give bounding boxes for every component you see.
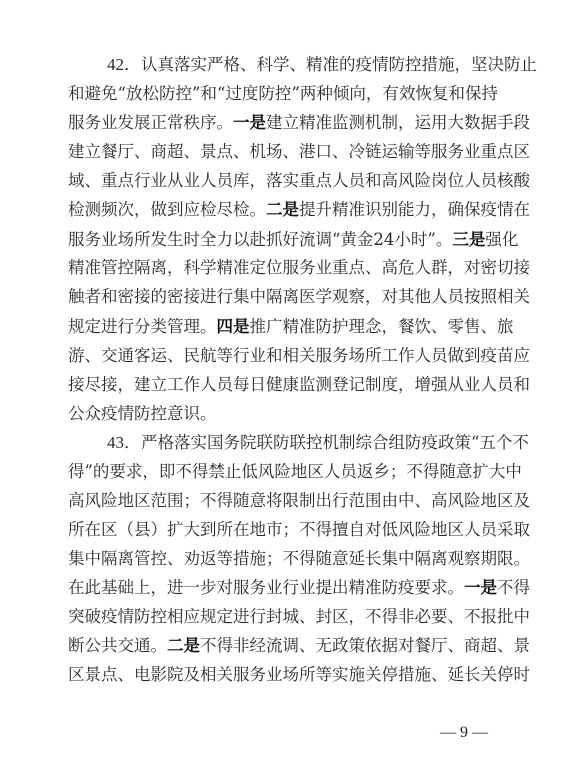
text-segment: 认真落实严格、科学、精准的疫情防控措施，坚决防止 [141, 55, 537, 74]
text-segment: 接尽接，建立工作人员每日健康监测登记制度，增强从业人员和 [68, 375, 530, 394]
paragraph-42-line: 游、交通客运、民航等行业和相关服务场所工作人员做到疫苗应 [68, 341, 498, 370]
text-segment: 推广精准防护理念，餐饮、零售、旅 [250, 317, 514, 336]
paragraph-43-line: 所在区（县）扩大到所在地市；不得擅自对低风险地区人员采取 [68, 515, 498, 544]
item-number: 42． [107, 55, 141, 74]
text-segment: 触者和密接的密接进行集中隔离医学观察，对其他人员按照相关 [68, 287, 530, 306]
text-segment: 域、重点行业从业人员库，落实重点人员和高风险岗位人员核酸 [68, 171, 530, 190]
text-segment: 不得 [497, 578, 530, 597]
text-segment: 精准管控隔离，科学精准定位服务业重点、高危人群，对密切接 [68, 258, 530, 277]
item-number: 43． [107, 433, 141, 452]
paragraph-43-line: 集中隔离管控、劝返等措施；不得随意延长集中隔离观察期限。 [68, 544, 498, 573]
paragraph-43-line: 43．严格落实国务院联防联控机制综合组防疫政策“五个不 [107, 428, 498, 457]
text-segment: 得”的要求，即不得禁止低风险地区人员返乡；不得随意扩大中 [68, 462, 522, 481]
text-segment: 规定进行分类管理。 [68, 317, 217, 336]
paragraph-43-line: 突破疫情防控相应规定进行封城、封区，不得非必要、不报批中 [68, 602, 498, 631]
paragraph-42-line: 建立餐厅、商超、景点、机场、港口、冷链运输等服务业重点区 [68, 137, 498, 166]
bold-lead: 四是 [217, 317, 250, 336]
paragraph-43-line: 得”的要求，即不得禁止低风险地区人员返乡；不得随意扩大中 [68, 457, 498, 486]
bold-lead: 二是 [167, 636, 200, 655]
text-segment: 严格落实国务院联防联控机制综合组防疫政策“五个不 [141, 433, 529, 452]
paragraph-42-line: 服务业发展正常秩序。一是建立精准监测机制，运用大数据手段 [68, 108, 498, 137]
text-segment: 集中隔离管控、劝返等措施；不得随意延长集中隔离观察期限。 [68, 549, 530, 568]
bold-lead: 一是 [464, 578, 497, 597]
page-number: — 9 — [440, 720, 488, 746]
document-page: 42．认真落实严格、科学、精准的疫情防控措施，坚决防止和避免“放松防控”和“过度… [0, 0, 575, 780]
paragraph-42-line: 接尽接，建立工作人员每日健康监测登记制度，增强从业人员和 [68, 370, 498, 399]
text-segment: 高风险地区范围；不得随意将限制出行范围由中、高风险地区及 [68, 491, 530, 510]
text-segment: 在此基础上，进一步对服务业行业提出精准防疫要求。 [68, 578, 464, 597]
text-segment: 所在区（县）扩大到所在地市；不得擅自对低风险地区人员采取 [68, 520, 530, 539]
text-segment: 公众疫情防控意识。 [68, 404, 217, 423]
paragraph-42-line: 和避免“放松防控”和“过度防控”两种倾向，有效恢复和保持 [68, 79, 498, 108]
text-segment: 服务业场所发生时全力以赴抓好流调“黄金24小时”。 [68, 230, 452, 249]
text-segment: 检测频次，做到应检尽检。 [68, 200, 266, 219]
text-segment: 建立精准监测机制，运用大数据手段 [266, 113, 530, 132]
paragraph-43-line: 区景点、电影院及相关服务业场所等实施关停措施、延长关停时 [68, 660, 498, 689]
paragraph-43-line: 断公共交通。二是不得非经流调、无政策依据对餐厅、商超、景 [68, 631, 498, 660]
text-segment: 强化 [485, 230, 518, 249]
paragraph-42-line: 规定进行分类管理。四是推广精准防护理念，餐饮、零售、旅 [68, 312, 498, 341]
text-segment: 和避免“放松防控”和“过度防控”两种倾向，有效恢复和保持 [68, 84, 498, 103]
paragraph-42-line: 检测频次，做到应检尽检。二是提升精准识别能力，确保疫情在 [68, 195, 498, 224]
paragraph-42-line: 42．认真落实严格、科学、精准的疫情防控措施，坚决防止 [107, 50, 498, 79]
text-segment: 突破疫情防控相应规定进行封城、封区，不得非必要、不报批中 [68, 607, 530, 626]
bold-lead: 一是 [233, 113, 266, 132]
paragraph-43-line: 高风险地区范围；不得随意将限制出行范围由中、高风险地区及 [68, 486, 498, 515]
text-segment: 建立餐厅、商超、景点、机场、港口、冷链运输等服务业重点区 [68, 142, 530, 161]
paragraph-42-line: 域、重点行业从业人员库，落实重点人员和高风险岗位人员核酸 [68, 166, 498, 195]
bold-lead: 三是 [452, 230, 485, 249]
paragraph-42-line: 精准管控隔离，科学精准定位服务业重点、高危人群，对密切接 [68, 253, 498, 282]
text-segment: 服务业发展正常秩序。 [68, 113, 233, 132]
text-segment: 游、交通客运、民航等行业和相关服务场所工作人员做到疫苗应 [68, 346, 530, 365]
paragraph-43-line: 在此基础上，进一步对服务业行业提出精准防疫要求。一是不得 [68, 573, 498, 602]
paragraph-42-line: 服务业场所发生时全力以赴抓好流调“黄金24小时”。三是强化 [68, 225, 498, 254]
text-segment: 断公共交通。 [68, 636, 167, 655]
paragraph-42-line: 公众疫情防控意识。 [68, 399, 498, 428]
text-segment: 提升精准识别能力，确保疫情在 [299, 200, 530, 219]
text-segment: 不得非经流调、无政策依据对餐厅、商超、景 [200, 636, 530, 655]
paragraph-42-line: 触者和密接的密接进行集中隔离医学观察，对其他人员按照相关 [68, 282, 498, 311]
bold-lead: 二是 [266, 200, 299, 219]
text-segment: 区景点、电影院及相关服务业场所等实施关停措施、延长关停时 [68, 665, 530, 684]
